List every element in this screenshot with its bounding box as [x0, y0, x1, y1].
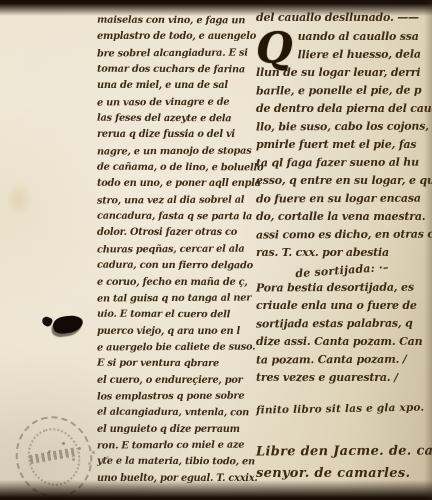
manuscript-line: el cuero, o endureçiere, por	[97, 373, 253, 389]
photo-edge-right	[424, 0, 432, 500]
manuscript-line: de dentro dela pierna del caua	[256, 100, 428, 118]
manuscript-line: en tal guisa q no tanga al ner	[97, 290, 253, 307]
manuscript-line: bre sobrel alcangiadura. E si	[97, 45, 253, 62]
manuscript-line: Libre den Jacme. de. castres.	[256, 441, 428, 464]
manuscript-line: nagre, e un manojo de stopas	[97, 143, 253, 160]
manuscript-line: ta pozam. Canta pozam. /	[256, 351, 428, 370]
manuscript-line: tres vezes e guarestra. /	[256, 369, 428, 387]
manuscript-line: churas peqñas, cercar el ala	[97, 241, 253, 258]
manuscript-line: uio. E tomar el cuero dell	[97, 307, 253, 324]
parchment-stain	[6, 182, 32, 216]
ink-blot	[52, 314, 84, 335]
parchment-page: maiselas con vino, e faga unemplastro de…	[0, 0, 432, 500]
manuscript-line: emplastro de todo, e auengelo	[97, 29, 253, 45]
right-text-column: del cauallo desllunado. —— Q uando al ca…	[256, 8, 428, 485]
photo-edge-top	[0, 0, 432, 16]
manuscript-line: de cañama, o de lino, e boluello	[97, 160, 253, 177]
manuscript-line: assi como es dicho, en otras cu	[256, 226, 428, 245]
ownership-note: Libre den Jacme. de. castres.senyor. de …	[256, 441, 428, 485]
manuscript-line: rerua q dize fussia o del vi	[97, 127, 253, 143]
manuscript-line: los emplastros q pone sobre	[97, 388, 253, 405]
manuscript-line: E si por ventura qbrare	[97, 356, 253, 373]
manuscript-line: barlle, e ponelle el pie, de p	[256, 82, 428, 101]
manuscript-line: cancadura, fasta q se parta la	[97, 209, 253, 226]
manuscript-line: stro, una vez al dia sobrel al	[97, 192, 253, 209]
manuscript-line: todo en uno, e poner aqll enpla	[97, 176, 253, 192]
manuscript-line: dize assi. Canta pozam. Can	[256, 333, 428, 351]
manuscript-line: yte e la materia, tibio todo, en	[97, 454, 253, 471]
manuscript-line: llo, bie suso, cabo los cojons, e	[256, 118, 428, 137]
manuscript-line: do, cortalle la vena maestra.	[256, 208, 428, 226]
left-text-column: maiselas con vino, e faga unemplastro de…	[97, 13, 253, 487]
manuscript-line: e un vaso de vinagre e de	[97, 94, 253, 111]
manuscript-line: e coruo, fecho en maña de ç,	[97, 275, 253, 291]
manuscript-line: las feses del azeyte e dela	[97, 111, 253, 128]
photo-edge-bottom	[0, 480, 432, 500]
manuscript-line: dolor. Otrosi fazer otras co	[97, 225, 253, 241]
manuscript-line: esso, q entre en su logar, e qua	[256, 172, 428, 190]
colophon-line: finito libro sit las e gla xpo.	[256, 402, 428, 417]
manuscript-line: puerco viejo, q ara uno en l	[97, 324, 253, 340]
manuscript-line: el unguieto q dize perraum	[97, 422, 253, 438]
manuscript-line: una de miel, e una de sal	[97, 78, 253, 94]
manuscript-line: lliere el huesso, dela	[256, 46, 428, 65]
manuscript-line: llun de su logar leuar, derri	[256, 64, 428, 82]
manuscript-photo: maiselas con vino, e faga unemplastro de…	[0, 0, 432, 500]
manuscript-line: sortijada estas palabras, q	[256, 315, 428, 334]
paragraph-one: Q uando al cauallo ssalliere el huesso, …	[256, 28, 428, 262]
manuscript-line: ron. E tomarlo co miel e aze	[97, 437, 253, 454]
ink-specks	[62, 442, 65, 445]
ink-blot-small	[41, 315, 54, 327]
manuscript-line: el alcangiadura, vntenla, con	[97, 405, 253, 422]
paragraph-two: Pora bestia desortijada, escriuale enla …	[256, 279, 428, 387]
manuscript-line: Pora bestia desortijada, es	[256, 279, 428, 298]
manuscript-line: e auergelo bie caliete de suso.	[97, 339, 253, 356]
manuscript-line: tomar dos cuchars de farina	[97, 62, 253, 79]
manuscript-line: cadura, con un fierro delgado	[97, 258, 253, 275]
manuscript-line: pmirle fuert met el pie, fas	[256, 136, 428, 154]
manuscript-line: ta ql faga fazer sueno al hu	[256, 154, 428, 173]
manuscript-line: criuale enla una o fuere de	[256, 297, 428, 315]
manuscript-line: do fuere en su logar encasa	[256, 190, 428, 209]
